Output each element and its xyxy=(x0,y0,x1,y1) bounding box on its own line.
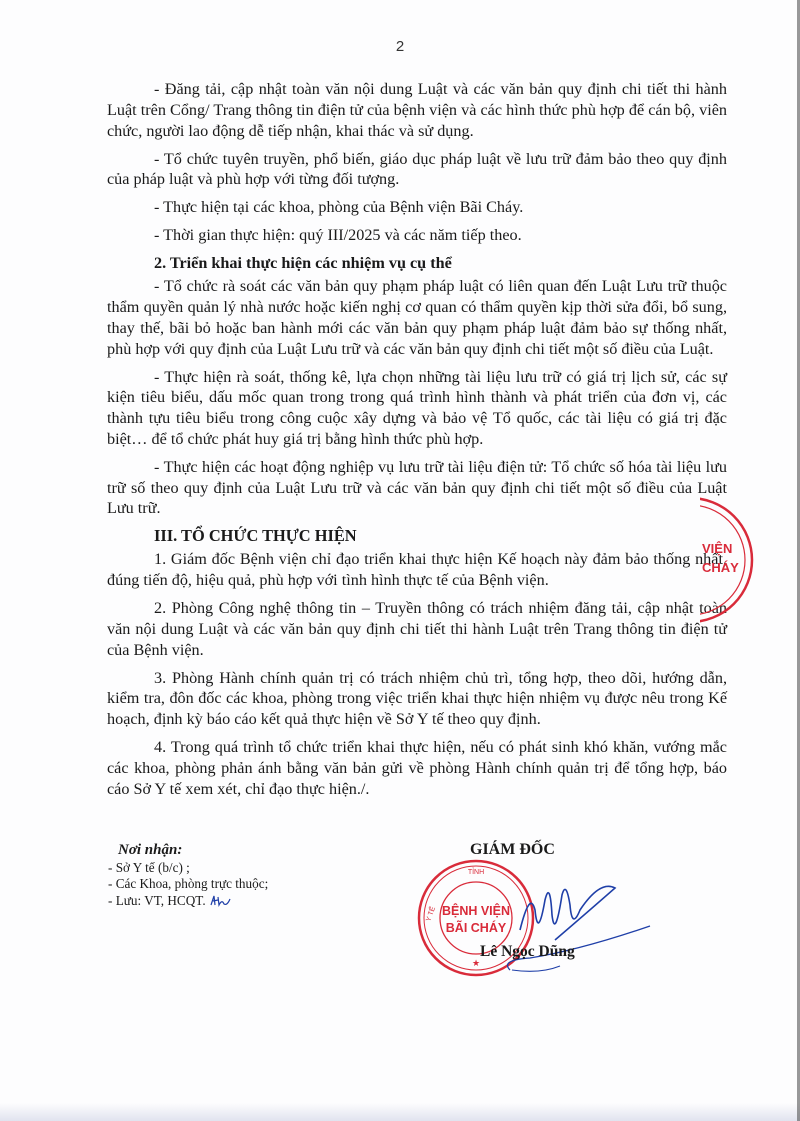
document-page: 2 - Đăng tải, cập nhật toàn văn nội dung… xyxy=(0,0,800,1121)
section-3-item: 2. Phòng Công nghệ thông tin – Truyền th… xyxy=(107,598,727,660)
recipient-item: - Lưu: VT, HCQT. xyxy=(108,893,268,910)
svg-text:CHÁY: CHÁY xyxy=(702,560,739,575)
svg-text:VIỆN: VIỆN xyxy=(702,541,732,556)
section-2-paragraph: - Thực hiện rà soát, thống kê, lựa chọn … xyxy=(107,367,727,450)
section-3-item: 4. Trong quá trình tổ chức triển khai th… xyxy=(107,737,727,799)
recipients-block: Nơi nhận: - Sở Y tế (b/c) ; - Các Khoa, … xyxy=(108,842,268,909)
section-3-heading: III. TỔ CHỨC THỰC HIỆN xyxy=(107,526,727,547)
signer-name: Lê Ngọc Dũng xyxy=(480,943,575,961)
page-number: 2 xyxy=(0,38,800,55)
section-2-heading: 2. Triển khai thực hiện các nhiệm vụ cụ … xyxy=(107,253,727,274)
paragraph-publish-law: - Đăng tải, cập nhật toàn văn nội dung L… xyxy=(107,79,727,141)
section-3-item: 1. Giám đốc Bệnh viện chỉ đạo triển khai… xyxy=(107,549,727,591)
section-2-paragraph: - Thực hiện các hoạt động nghiệp vụ lưu … xyxy=(107,457,727,519)
section-2-paragraph: - Tổ chức rà soát các văn bản quy phạm p… xyxy=(107,276,727,359)
paragraph-scope: - Thực hiện tại các khoa, phòng của Bệnh… xyxy=(107,197,727,218)
partial-stamp-icon: VIỆN CHÁY xyxy=(700,490,800,630)
handwritten-signature-icon xyxy=(500,870,660,980)
paragraph-timeline: - Thời gian thực hiện: quý III/2025 và c… xyxy=(107,225,727,246)
recipient-item: - Các Khoa, phòng trực thuộc; xyxy=(108,876,268,893)
svg-text:BÃI CHÁY: BÃI CHÁY xyxy=(446,920,507,935)
signer-position: GIÁM ĐỐC xyxy=(470,841,555,859)
svg-text:★: ★ xyxy=(472,958,480,968)
section-3-item: 3. Phòng Hành chính quản trị có trách nh… xyxy=(107,668,727,730)
svg-text:TỈNH: TỈNH xyxy=(468,867,484,876)
recipients-title: Nơi nhận: xyxy=(118,842,268,859)
paragraph-propaganda: - Tổ chức tuyên truyền, phổ biến, giáo d… xyxy=(107,149,727,191)
document-body: - Đăng tải, cập nhật toàn văn nội dung L… xyxy=(107,79,727,807)
scan-smudge xyxy=(0,1103,800,1121)
initials-icon xyxy=(209,895,231,907)
recipient-item: - Sở Y tế (b/c) ; xyxy=(108,860,268,877)
